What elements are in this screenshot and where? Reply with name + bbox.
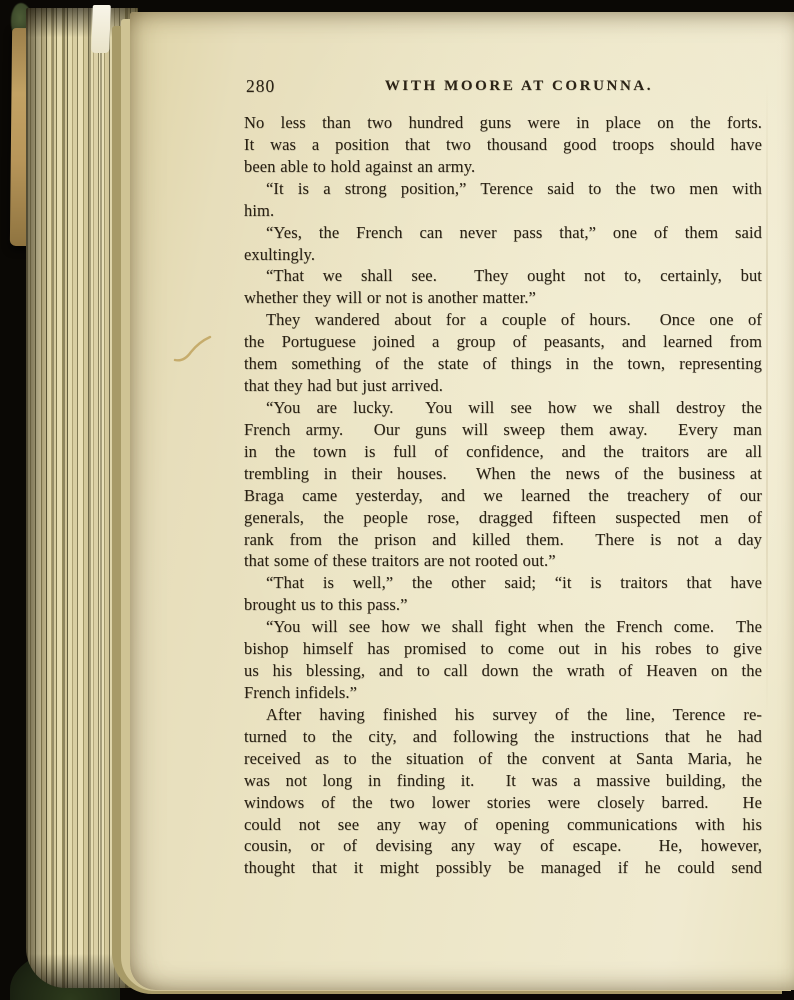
- text-line: the Portuguese joined a group of peasant…: [244, 331, 762, 353]
- text-line: was not long in finding it. It was a mas…: [244, 770, 762, 792]
- text-block: No less than two hundred guns were in pl…: [244, 112, 762, 879]
- text-line: It was a position that two thousand good…: [244, 134, 762, 156]
- text-line: French army. Our guns will sweep them aw…: [244, 419, 762, 441]
- text-line: “Yes, the French can never pass that,” o…: [244, 222, 762, 244]
- text-line: trembling in their houses. When the news…: [244, 463, 762, 485]
- running-title: WITH MOORE AT CORUNNA.: [260, 78, 778, 95]
- text-line: cousin, or of devising any way of escape…: [244, 835, 762, 857]
- text-line: rank from the prison and killed them. Th…: [244, 529, 762, 551]
- text-line: generals, the people rose, dragged fifte…: [244, 507, 762, 529]
- text-line: in the town is full of confidence, and t…: [244, 441, 762, 463]
- text-line: French infidels.”: [244, 682, 762, 704]
- text-line: thought that it might possibly be manage…: [244, 857, 762, 879]
- text-line: us his blessing, and to call down the wr…: [244, 660, 762, 682]
- page-crease-line: [766, 82, 768, 722]
- text-line: No less than two hundred guns were in pl…: [244, 112, 762, 134]
- text-line: that some of these traitors are not root…: [244, 550, 762, 572]
- paragraph: No less than two hundred guns were in pl…: [244, 112, 762, 178]
- text-line: “That we shall see. They ought not to, c…: [244, 265, 762, 287]
- paragraph: “That is well,” the other said; “it is t…: [244, 572, 762, 616]
- text-line: that they had but just arrived.: [244, 375, 762, 397]
- page-behind-sliver: [91, 5, 111, 53]
- text-line: “You are lucky. You will see how we shal…: [244, 397, 762, 419]
- text-line: turned to the city, and following the in…: [244, 726, 762, 748]
- text-line: exultingly.: [244, 244, 762, 266]
- text-line: them something of the state of things in…: [244, 353, 762, 375]
- text-line: “It is a strong position,” Terence said …: [244, 178, 762, 200]
- paragraph: They wandered about for a couple of hour…: [244, 309, 762, 397]
- text-line: windows of the two lower stories were cl…: [244, 792, 762, 814]
- text-line: received as to the situation of the conv…: [244, 748, 762, 770]
- paragraph: After having finished his survey of the …: [244, 704, 762, 879]
- text-line: “You will see how we shall fight when th…: [244, 616, 762, 638]
- paragraph: “That we shall see. They ought not to, c…: [244, 265, 762, 309]
- text-line: Braga came yesterday, and we learned the…: [244, 485, 762, 507]
- paragraph: “It is a strong position,” Terence said …: [244, 178, 762, 222]
- text-line: brought us to this pass.”: [244, 594, 762, 616]
- text-line: could not see any way of opening communi…: [244, 814, 762, 836]
- paragraph: “You will see how we shall fight when th…: [244, 616, 762, 704]
- ink-mark-icon: [172, 334, 214, 364]
- paragraph: “You are lucky. You will see how we shal…: [244, 397, 762, 572]
- text-line: “That is well,” the other said; “it is t…: [244, 572, 762, 594]
- text-line: bishop himself has promised to come out …: [244, 638, 762, 660]
- text-line: him.: [244, 200, 762, 222]
- text-line: been able to hold against an army.: [244, 156, 762, 178]
- book-page: 280 WITH MOORE AT CORUNNA. No less than …: [130, 12, 794, 990]
- text-line: whether they will or not is another matt…: [244, 287, 762, 309]
- paragraph: “Yes, the French can never pass that,” o…: [244, 222, 762, 266]
- running-header: 280 WITH MOORE AT CORUNNA.: [244, 76, 762, 98]
- text-line: After having finished his survey of the …: [244, 704, 762, 726]
- text-line: They wandered about for a couple of hour…: [244, 309, 762, 331]
